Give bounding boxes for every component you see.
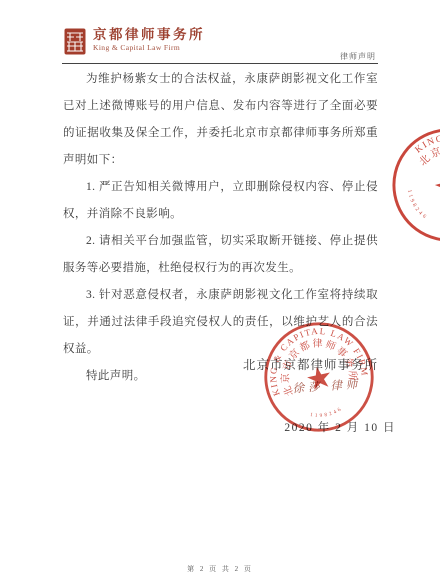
- seal-star-icon: ★: [426, 164, 440, 206]
- firm-name-cn: 京都律师事务所: [93, 27, 205, 43]
- doc-type-label: 律师声明: [340, 51, 376, 62]
- clause-2: 2. 请相关平台加强监管，切实采取断开链接、停止提供服务等必要措施，杜绝侵权行为…: [63, 228, 378, 282]
- firm-round-seal-partial: KING & CAPITAL LAW FIRM 北京市京都律师事务所 ★ 119…: [368, 104, 440, 267]
- firm-names: 京都律师事务所 King & Capital Law Firm: [93, 27, 205, 53]
- page-indicator: 第 2 页 共 2 页: [0, 564, 440, 574]
- letterhead: 京都律师事务所 King & Capital Law Firm 律师声明: [62, 26, 378, 62]
- firm-name-en: King & Capital Law Firm: [93, 43, 205, 53]
- clause-1: 1. 严正告知相关微博用户，立即删除侵权内容、停止侵权，并消除不良影响。: [63, 174, 378, 228]
- seal-star-icon: ★: [302, 359, 336, 398]
- firm-logo-seal-icon: [64, 28, 86, 55]
- intro-paragraph: 为维护杨紫女士的合法权益，永康萨朗影视文化工作室已对上述微博账号的用户信息、发布…: [63, 66, 378, 174]
- seal-registration-number: 1198246: [308, 405, 344, 422]
- header-rule: [62, 63, 378, 64]
- firm-round-seal: KING & CAPITAL LAW FIRM 北京市京都律师事务所 ★ 119…: [251, 309, 386, 444]
- svg-text:1198246: 1198246: [308, 405, 344, 422]
- lawyer-statement-page: 京都律师事务所 King & Capital Law Firm 律师声明 为维护…: [0, 0, 440, 583]
